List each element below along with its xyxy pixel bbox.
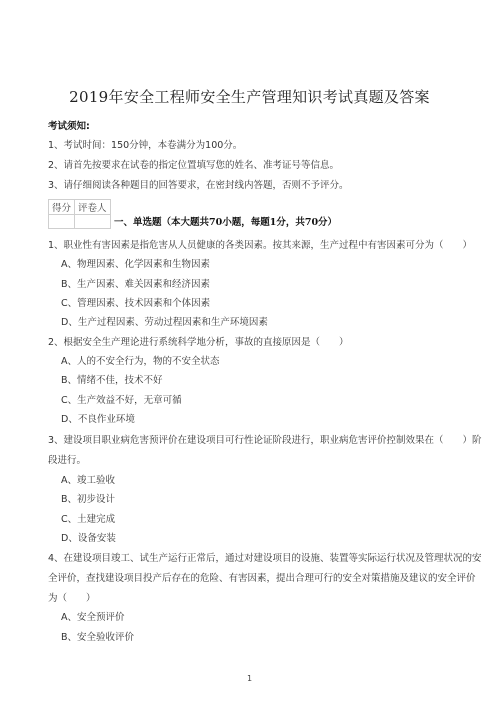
notice-item: 2、请首先按要求在试卷的指定位置填写您的姓名、准考证号等信息。 bbox=[48, 157, 339, 171]
question-option: B、安全验收评价 bbox=[61, 629, 134, 643]
question-text: 3、建设项目职业病危害预评价在建设项目可行性论证阶段进行，职业病危害评价控制效果… bbox=[48, 432, 482, 446]
question-option: D、不良作业环境 bbox=[61, 411, 135, 425]
grader-header: 评卷人 bbox=[75, 200, 111, 215]
section-title: 一、单选题（本大题共70小题，每题1分，共70分） bbox=[114, 214, 337, 228]
question-option: C、土建完成 bbox=[61, 511, 115, 525]
page-title: 2019年安全工程师安全生产管理知识考试真题及答案 bbox=[0, 86, 499, 107]
question-option: A、人的不安全行为，物的不安全状态 bbox=[61, 353, 220, 367]
question-text: 段进行。 bbox=[48, 452, 86, 466]
score-header: 得分 bbox=[49, 200, 75, 215]
notice-heading: 考试须知: bbox=[48, 118, 90, 132]
document-page: 2019年安全工程师安全生产管理知识考试真题及答案 考试须知: 1、考试时间：1… bbox=[0, 0, 499, 706]
question-text: 4、在建设项目竣工、试生产运行正常后，通过对建设项目的设施、装置等实际运行状况及… bbox=[48, 550, 482, 564]
notice-item: 3、请仔细阅读各种题目的回答要求，在密封线内答题，否则不予评分。 bbox=[48, 177, 349, 191]
question-option: A、竣工验收 bbox=[61, 472, 115, 486]
question-option: C、生产效益不好，无章可循 bbox=[61, 392, 182, 406]
question-option: A、物理因素、化学因素和生物因素 bbox=[61, 256, 210, 270]
question-option: B、生产因素、难关因素和经济因素 bbox=[61, 276, 210, 290]
question-option: A、安全预评价 bbox=[61, 609, 125, 623]
question-text: 1、职业性有害因素是指危害从人员健康的各类因素。按其来源，生产过程中有害因素可分… bbox=[48, 237, 472, 251]
question-option: D、生产过程因素、劳动过程因素和生产环境因素 bbox=[61, 314, 268, 328]
grader-cell bbox=[75, 215, 111, 229]
notice-item: 1、考试时间：150分钟，本卷满分为100分。 bbox=[48, 137, 242, 151]
question-option: B、情绪不佳，技术不好 bbox=[61, 372, 163, 386]
question-option: D、设备安装 bbox=[61, 530, 116, 544]
score-table: 得分 评卷人 bbox=[48, 199, 111, 229]
question-text: 为（ ） bbox=[48, 590, 96, 604]
question-option: C、管理因素、技术因素和个体因素 bbox=[61, 295, 210, 309]
question-text: 全评价，查找建设项目投产后存在的危险、有害因素，提出合理可行的安全对策措施及建议… bbox=[48, 570, 476, 584]
question-text: 2、根据安全生产理论进行系统科学地分析，事故的直接原因是（ ） bbox=[48, 334, 349, 348]
score-cell bbox=[49, 215, 75, 229]
page-number: 1 bbox=[0, 674, 499, 683]
question-option: B、初步设计 bbox=[61, 491, 115, 505]
